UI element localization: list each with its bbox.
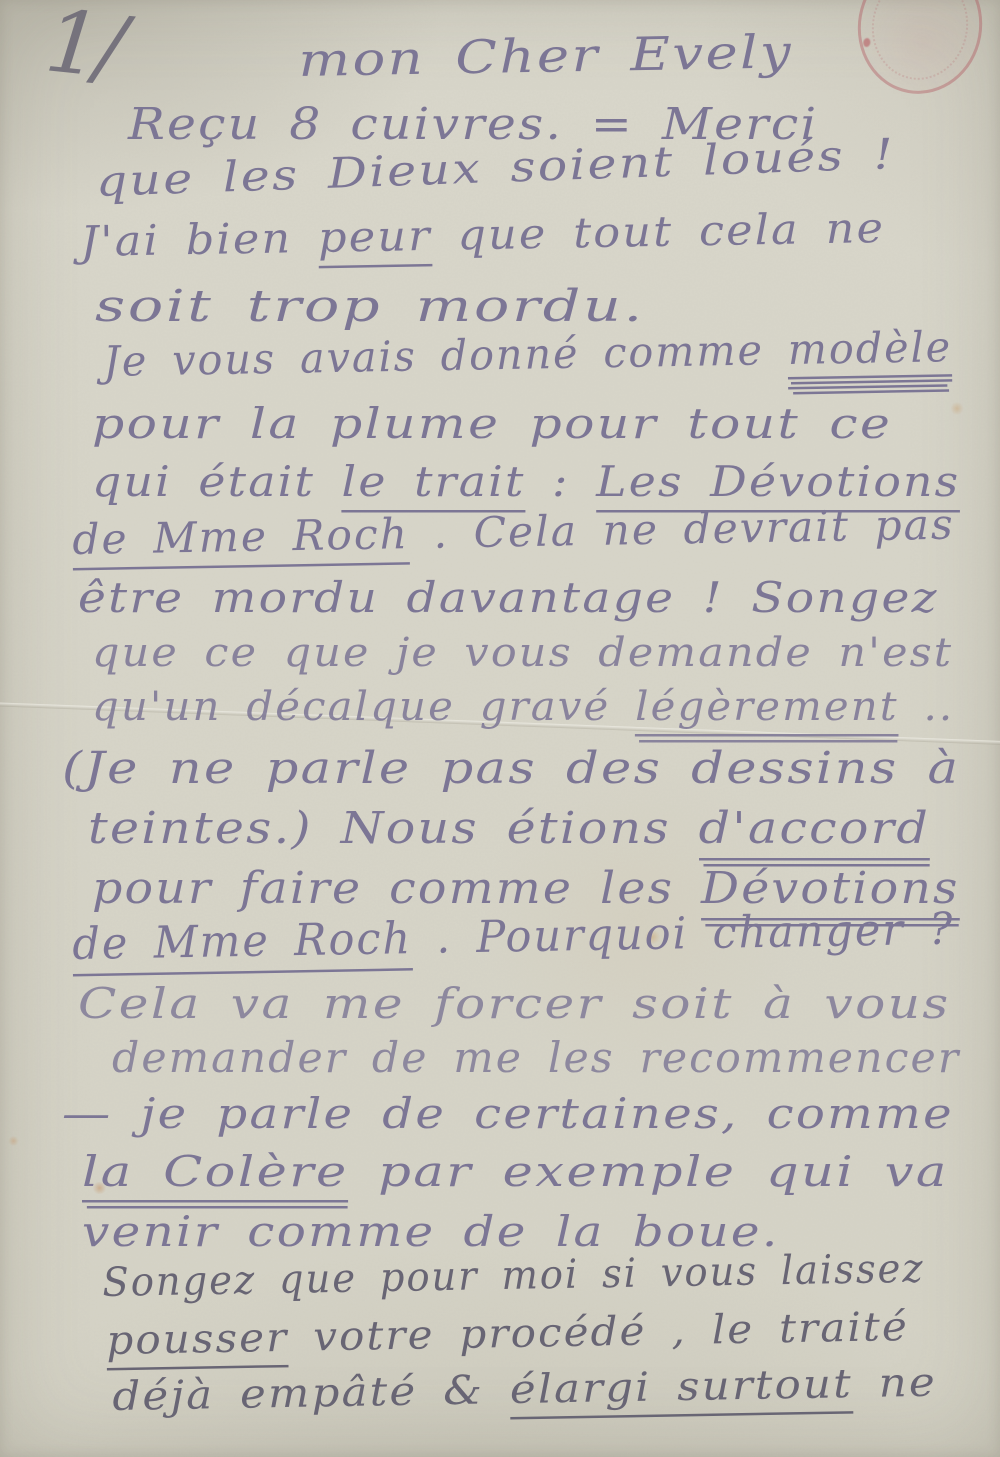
text-segment: — je parle de certaines, comme (62, 1089, 954, 1138)
text-segment: pour la plume pour tout ce (92, 399, 892, 448)
manuscript-line: la Colère par exemple qui va (82, 1148, 949, 1196)
text-segment: qui était (92, 457, 342, 506)
text-segment: venir comme de la boue. (82, 1207, 780, 1256)
text-segment: que tout cela ne (431, 203, 885, 260)
underlined-text-segment: d'accord (699, 803, 930, 867)
text-segment: J'ai bien (80, 213, 318, 266)
manuscript-line: teintes.) Nous étions d'accord (88, 804, 930, 855)
text-segment: mon Cher Evely (298, 24, 793, 87)
page-number-mark: 1/ (42, 0, 126, 92)
underlined-text-segment: pousser (106, 1315, 289, 1371)
text-segment: Cela va me forcer soit à vous (78, 979, 951, 1028)
text-segment: votre procédé , le traité (288, 1304, 909, 1361)
text-segment: qu'un décalque gravé (92, 684, 635, 730)
text-segment: teintes.) Nous étions (88, 803, 699, 854)
manuscript-line: pour la plume pour tout ce (92, 400, 892, 448)
manuscript-line: mon Cher Evely (298, 25, 793, 87)
text-segment: Je vous avais donné comme (103, 325, 788, 386)
text-segment: . Pourquoi changer ? (412, 904, 955, 964)
text-segment: par exemple qui va (349, 1147, 949, 1196)
underlined-text-segment: de Mme Roch (72, 913, 413, 977)
text-segment: .. (899, 684, 955, 730)
text-segment: déjà empâté & (112, 1367, 510, 1420)
text-segment: : (526, 457, 597, 506)
text-segment: soit trop mordu. (95, 281, 645, 332)
red-ink-stamp (847, 0, 993, 104)
underlined-text-segment: le trait (342, 457, 526, 513)
manuscript-line: que ce que je vous demande n'est (92, 630, 953, 676)
manuscript-line: de Mme Roch . Cela ne devrait pas (72, 501, 955, 565)
text-segment: . Cela ne devrait pas (409, 500, 955, 559)
text-segment: demander de me les recommencer (112, 1033, 960, 1082)
manuscript-line: Je vous avais donné comme modèle (103, 323, 953, 386)
text-segment: être mordu davantage ! Songez (78, 573, 939, 622)
red-ink-speck (863, 37, 871, 47)
manuscript-line: Cela va me forcer soit à vous (78, 980, 951, 1028)
underlined-text-segment: peur (318, 211, 432, 269)
underlined-text-segment: de Mme Roch (72, 509, 410, 571)
manuscript-line: pousser votre procédé , le traité (106, 1304, 909, 1364)
manuscript-line: J'ai bien peur que tout cela ne (80, 204, 885, 266)
manuscript-line: soit trop mordu. (95, 282, 645, 333)
text-segment: pour faire comme les (92, 863, 701, 914)
text-segment: ne (852, 1360, 937, 1407)
manuscript-line: qui était le trait : Les Dévotions (92, 458, 960, 506)
fox-stain (950, 402, 964, 415)
fox-stain (8, 1136, 19, 1146)
manuscript-line: demander de me les recommencer (112, 1034, 960, 1082)
text-segment: que ce que je vous demande n'est (92, 630, 953, 676)
manuscript-line: qu'un décalque gravé légèrement .. (92, 684, 954, 730)
manuscript-line: (Je ne parle pas des dessins à (62, 744, 960, 795)
manuscript-line: être mordu davantage ! Songez (78, 574, 939, 622)
underlined-text-segment: élargi surtout (510, 1361, 854, 1420)
letter-page: 1/ mon Cher EvelyReçu 8 cuivres. = Merci… (0, 0, 1000, 1457)
red-ink-stamp-inner-ring (863, 0, 976, 88)
underlined-text-segment: légèrement (635, 684, 899, 743)
underlined-text-segment: la Colère (82, 1147, 349, 1209)
text-segment: (Je ne parle pas des dessins à (62, 743, 960, 794)
underlined-text-segment: modèle (787, 322, 953, 395)
manuscript-line: — je parle de certaines, comme (62, 1090, 954, 1138)
